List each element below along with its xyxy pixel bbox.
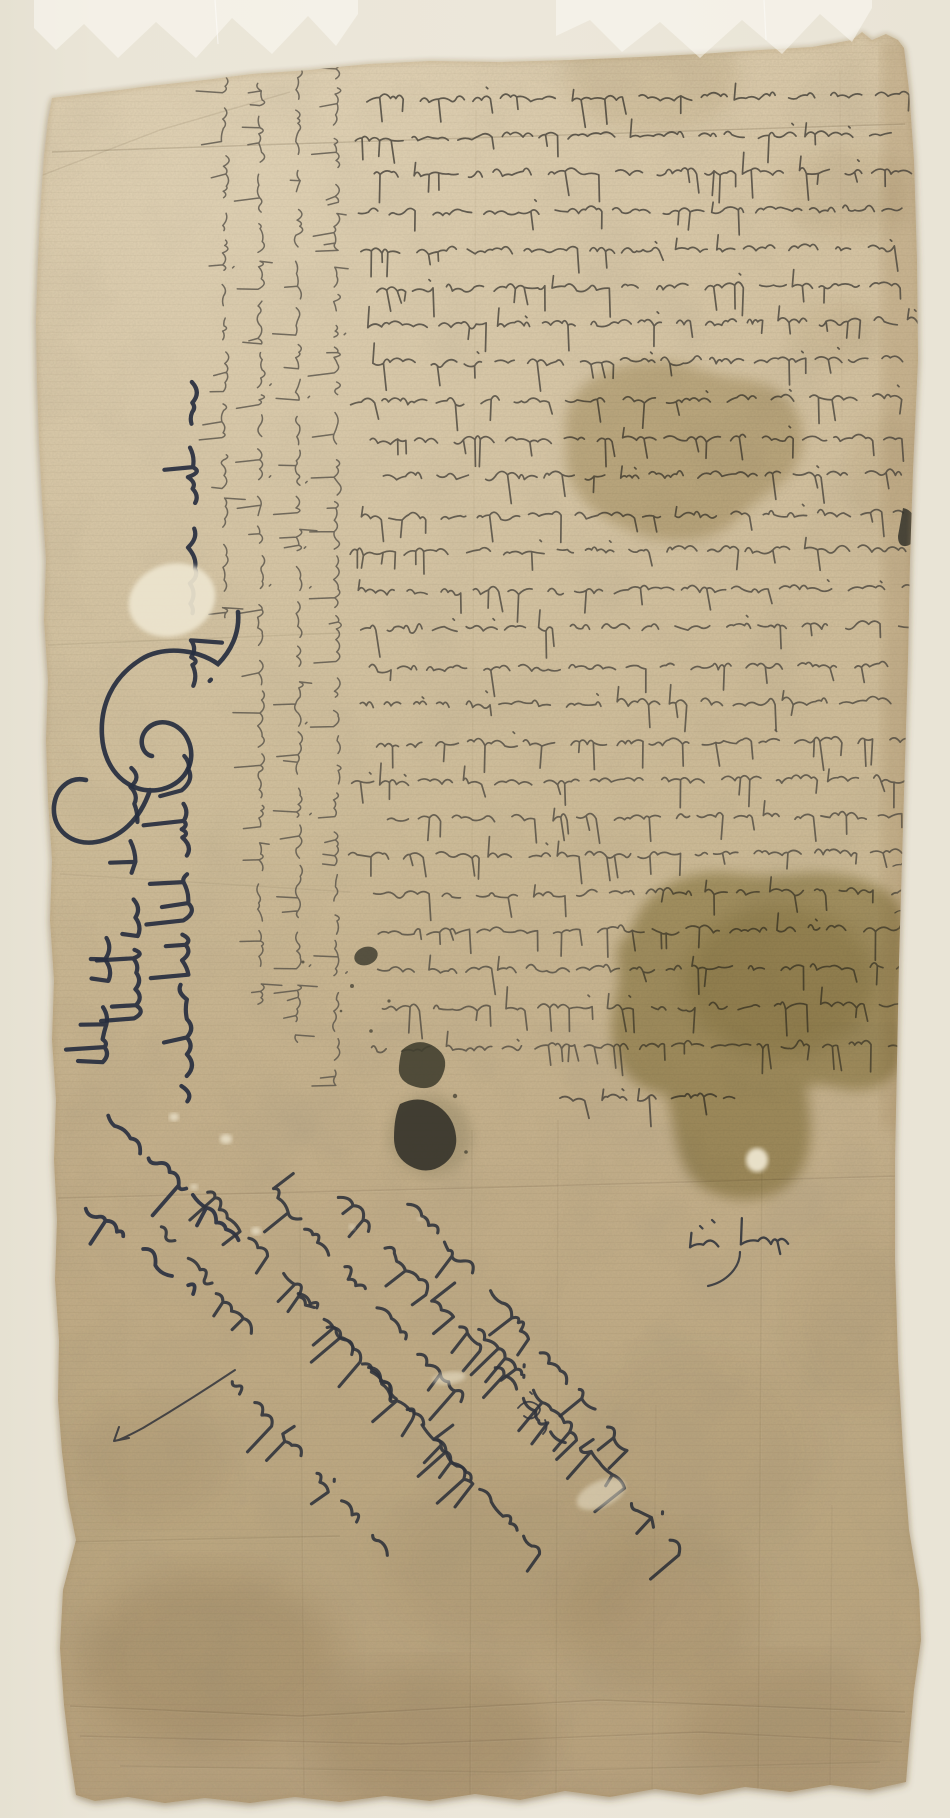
- ink-speck: [350, 984, 354, 988]
- ink-speck: [369, 1029, 373, 1033]
- paper-loss: [349, 1224, 355, 1230]
- bottom-mottle: [70, 1400, 230, 1520]
- paper-loss: [220, 1134, 232, 1144]
- document-scan: [0, 0, 950, 1818]
- bottom-mottle: [80, 1570, 340, 1750]
- paper-loss: [169, 1113, 179, 1121]
- stain-large-core: [685, 905, 875, 1055]
- ink-speck: [387, 999, 390, 1002]
- paper-loss: [251, 1227, 261, 1235]
- bottom-mottle: [580, 1350, 820, 1550]
- stain-faint: [848, 414, 920, 526]
- stain-faint: [780, 146, 912, 238]
- bottom-mottle: [310, 1666, 550, 1806]
- ink-speck: [340, 1010, 343, 1013]
- ink-speck: [464, 1150, 468, 1154]
- stain-faint: [792, 300, 880, 364]
- tape-strips: [34, 0, 872, 58]
- paper-loss: [417, 1217, 423, 1221]
- manuscript-photo: [0, 0, 950, 1818]
- ink-speck: [302, 961, 305, 964]
- bottom-mottle: [790, 1230, 930, 1410]
- tape-strip-left: [34, 0, 358, 58]
- ink-speck: [453, 1094, 457, 1098]
- paper-loss: [190, 1184, 198, 1190]
- bottom-mottle: [680, 1660, 900, 1800]
- paper-loss: [746, 1148, 768, 1172]
